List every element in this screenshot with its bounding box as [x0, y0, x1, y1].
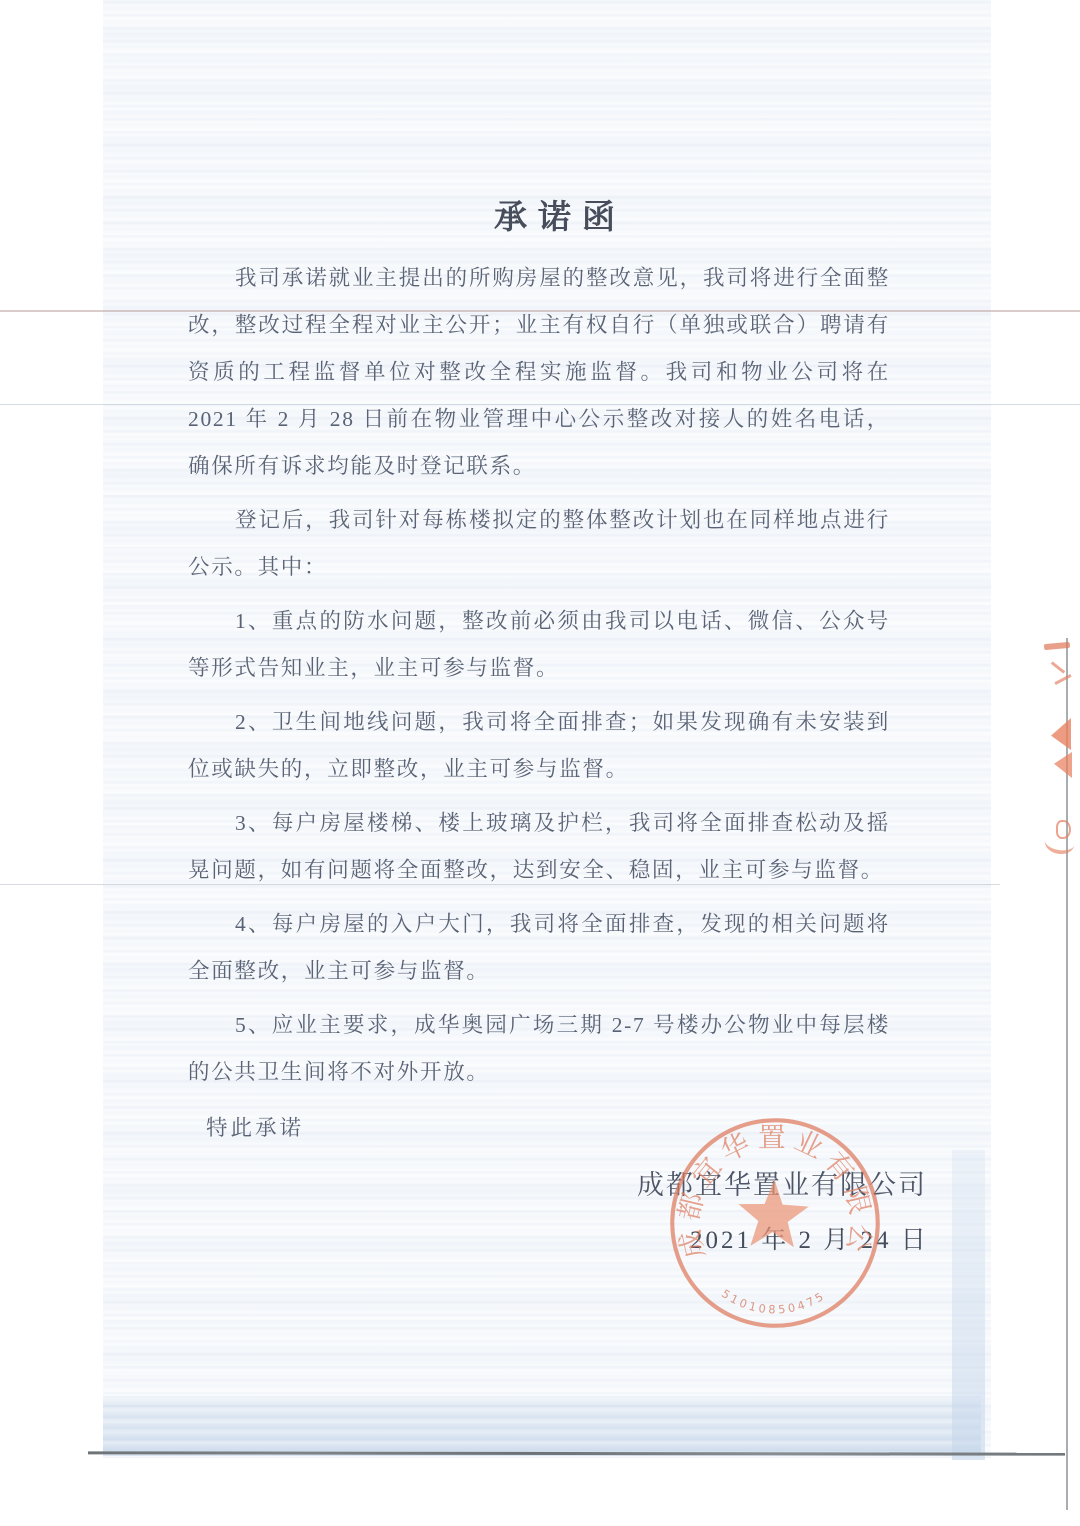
list-item-4: 4、每户房屋的入户大门，我司将全面排查，发现的相关问题将全面整改，业主可参与监督… — [188, 901, 890, 995]
paper-bottom-tint-band — [103, 1396, 981, 1456]
scanned-page: 承诺函 我司承诺就业主提出的所购房屋的整改意见，我司将进行全面整改，整改过程全程… — [0, 0, 1080, 1526]
seal-star-icon — [737, 1179, 810, 1248]
paper-right-tint-band — [952, 1150, 985, 1460]
seal-fragment-stroke-icon — [1046, 664, 1072, 696]
list-item-1: 1、重点的防水问题，整改前必须由我司以电话、微信、公众号等形式告知业主，业主可参… — [188, 598, 890, 692]
list-item-5: 5、应业主要求，成华奥园广场三期 2-7 号楼办公物业中每层楼的公共卫生间将不对… — [188, 1002, 890, 1096]
seal-fragment-curve-icon — [1043, 838, 1075, 857]
list-item-3: 3、每户房屋楼梯、楼上玻璃及护栏，我司将全面排查松动及摇晃问题，如有问题将全面整… — [188, 800, 890, 894]
seal-fragment-star-point-icon — [1054, 752, 1072, 778]
seal-fragment-star-point-icon — [1051, 718, 1071, 750]
company-seal: 成都宜华置业有限公司 5101085047561 — [658, 1106, 892, 1340]
list-item-2: 2、卫生间地线问题，我司将全面排查；如果发现确有未安装到位或缺失的，立即整改，业… — [188, 699, 890, 793]
page-title: 承诺函 — [188, 196, 890, 240]
seal-fragment-glyph-icon — [1056, 820, 1071, 839]
paragraph-registration: 登记后，我司针对每栋楼拟定的整体整改计划也在同样地点进行公示。其中： — [188, 497, 890, 591]
paragraph-intro: 我司承诺就业主提出的所购房屋的整改意见，我司将进行全面整改，整改过程全程对业主公… — [188, 255, 890, 490]
seal-arc-text: 成都宜华置业有限公司 — [658, 1106, 882, 1268]
letter-body: 承诺函 我司承诺就业主提出的所购房屋的整改意见，我司将进行全面整改，整改过程全程… — [188, 196, 890, 1152]
